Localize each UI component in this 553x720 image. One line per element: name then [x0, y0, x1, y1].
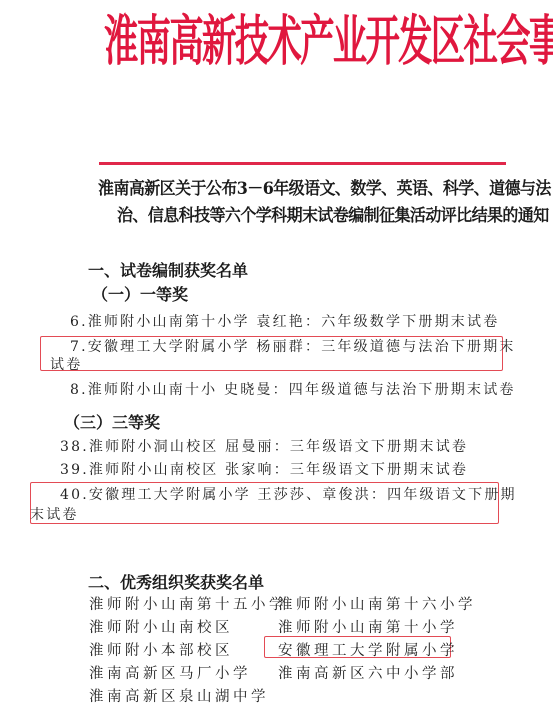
org-right-2: 淮师附小山南第十小学 [278, 616, 458, 637]
award-entry-38: 38.淮师附小洞山校区 屈曼丽：三年级语文下册期末试卷 [60, 436, 468, 456]
org-left-5: 淮南高新区泉山湖中学 [89, 685, 269, 706]
award-entry-40-wrap: 末试卷 [30, 504, 79, 524]
org-right-1: 淮师附小山南第十六小学 [278, 593, 476, 614]
award-entry-8: 8.淮师附小山南十小 史晓曼：四年级道德与法治下册期末试卷 [70, 379, 516, 399]
red-divider-rule [99, 162, 506, 165]
section2-heading: 二、优秀组织奖获奖名单 [88, 570, 264, 593]
org-left-4: 淮南高新区马厂小学 [89, 662, 251, 683]
org-left-2: 淮师附小山南校区 [89, 616, 233, 637]
org-right-4: 淮南高新区六中小学部 [278, 662, 458, 683]
document-masthead: 淮南高新技术产业开发区社会事业局文件 [104, 0, 482, 96]
org-left-3: 淮师附小本部校区 [89, 639, 233, 660]
award-entry-6: 6.淮师附小山南第十小学 袁红艳：六年级数学下册期末试卷 [70, 311, 499, 331]
notice-title-line2: 治、信息科技等六个学科期末试卷编制征集活动评比结果的通知 [117, 201, 549, 226]
org-left-1: 淮师附小山南第十五小学 [89, 593, 287, 614]
award-entry-7: 7.安徽理工大学附属小学 杨丽群：三年级道德与法治下册期末 [70, 336, 516, 356]
award-entry-7-wrap: 试卷 [50, 354, 82, 374]
section1-heading: 一、试卷编制获奖名单 [88, 258, 248, 281]
award-entry-39: 39.淮师附小山南校区 张家响：三年级语文下册期末试卷 [60, 459, 468, 479]
third-prize-heading: （三）三等奖 [64, 410, 160, 433]
award-entry-40: 40.安徽理工大学附属小学 王莎莎、章俊洪：四年级语文下册期 [60, 484, 517, 504]
notice-title-line1: 淮南高新区关于公布3－6年级语文、数学、英语、科学、道德与法 [98, 174, 551, 199]
first-prize-heading: （一）一等奖 [92, 282, 188, 305]
org-right-3: 安徽理工大学附属小学 [278, 639, 458, 660]
